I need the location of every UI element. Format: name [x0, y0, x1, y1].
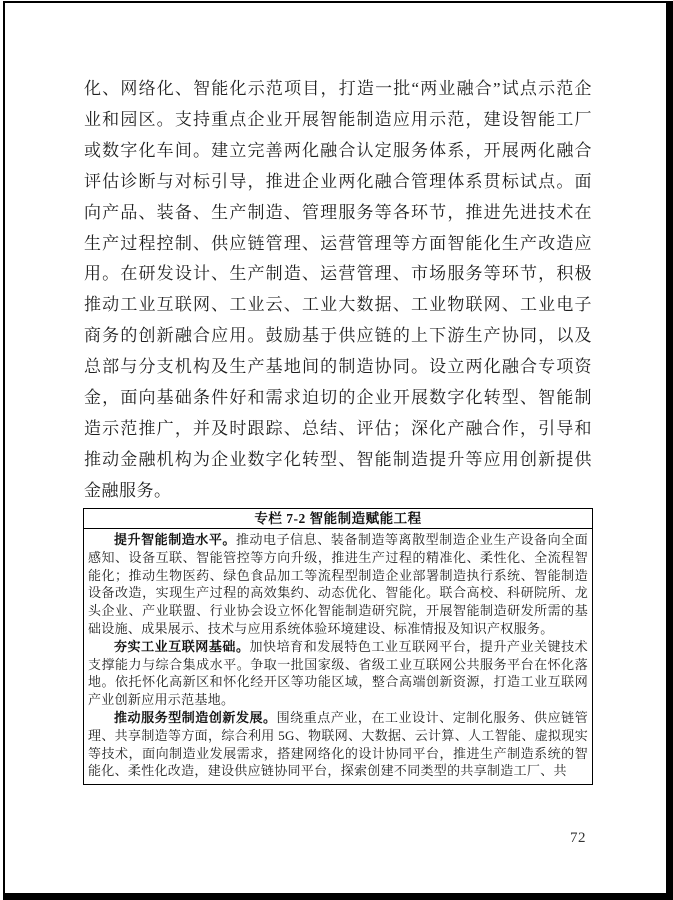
document-page: { "page": { "number": "72" }, "main_text… [0, 0, 673, 900]
body-text-line: 总部与分支机构及生产基地间的制造协同。设立两化融合专项资 [84, 352, 592, 383]
body-text-line: 用。在研发设计、生产制造、运营管理、市场服务等环节，积极 [84, 259, 592, 290]
paragraph-lead-bold: 夯实工业互联网基础。 [114, 639, 250, 654]
paragraph-lead-bold: 推动服务型制造创新发展。 [114, 710, 277, 725]
body-text: 化、网络化、智能化示范项目，打造一批“两业融合”试点示范企业和园区。支持重点企业… [84, 74, 592, 507]
body-text-line: 商务的创新融合应用。鼓励基于供应链的上下游生产协同，以及 [84, 321, 592, 352]
paragraph-lead-bold: 提升智能制造水平。 [114, 532, 236, 547]
feature-box: 专栏 7-2 智能制造赋能工程 提升智能制造水平。推动电子信息、装备制造等离散型… [83, 508, 593, 785]
body-text-line: 业和园区。支持重点企业开展智能制造应用示范，建设智能工厂 [84, 105, 592, 136]
body-text-line: 推动工业互联网、工业云、工业大数据、工业物联网、工业电子 [84, 290, 592, 321]
body-text-line: 生产过程控制、供应链管理、运营管理等方面智能化生产改造应 [84, 229, 592, 260]
body-text-line: 向产品、装备、生产制造、管理服务等各环节，推进先进技术在 [84, 198, 592, 229]
page-number: 72 [570, 830, 586, 847]
feature-box-body: 提升智能制造水平。推动电子信息、装备制造等离散型制造企业生产设备向全面感知、设备… [84, 529, 592, 784]
feature-box-paragraph: 夯实工业互联网基础。加快培育和发展特色工业互联网平台，提升产业关键技术支撑能力与… [88, 638, 588, 709]
body-text-line: 金融服务。 [84, 476, 592, 507]
feature-box-paragraph: 推动服务型制造创新发展。围绕重点产业，在工业设计、定制化服务、供应链管理、共享制… [88, 709, 588, 780]
feature-box-title: 专栏 7-2 智能制造赋能工程 [84, 509, 592, 529]
body-text-line: 造示范推广，并及时跟踪、总结、评估；深化产融合作，引导和 [84, 414, 592, 445]
feature-box-paragraph: 提升智能制造水平。推动电子信息、装备制造等离散型制造企业生产设备向全面感知、设备… [88, 531, 588, 638]
body-text-line: 评估诊断与对标引导，推进企业两化融合管理体系贯标试点。面 [84, 167, 592, 198]
body-text-line: 金，面向基础条件好和需求迫切的企业开展数字化转型、智能制 [84, 383, 592, 414]
body-text-line: 或数字化车间。建立完善两化融合认定服务体系，开展两化融合 [84, 136, 592, 167]
body-text-line: 化、网络化、智能化示范项目，打造一批“两业融合”试点示范企 [84, 74, 592, 105]
body-text-line: 推动金融机构为企业数字化转型、智能制造提升等应用创新提供 [84, 445, 592, 476]
